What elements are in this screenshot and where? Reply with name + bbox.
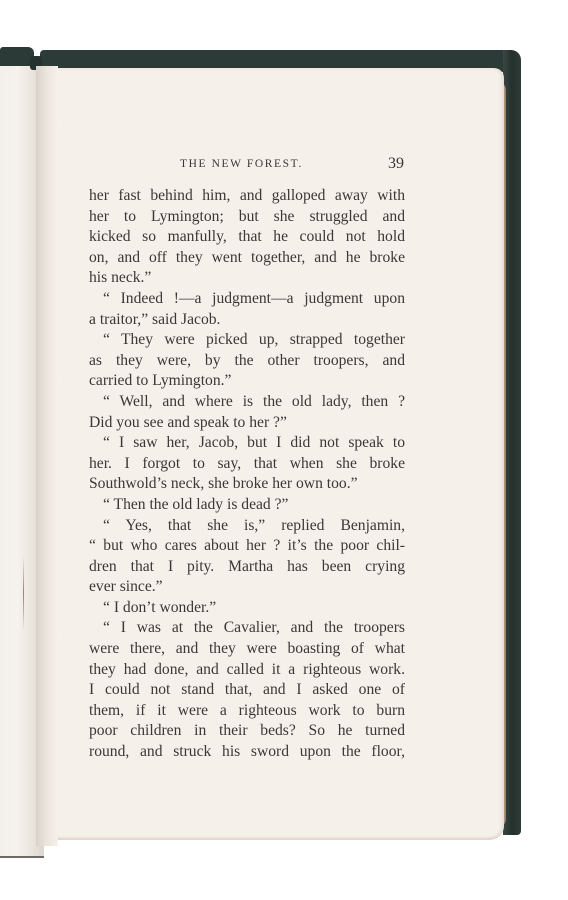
page-crease [23, 556, 24, 631]
text-line: a traitor,” said Jacob. [89, 310, 405, 331]
text-line: round, and struck his sword upon the flo… [89, 742, 405, 763]
text-line: “ They were picked up, strapped together [89, 330, 405, 351]
text-line: her fast behind him, and galloped away w… [89, 186, 405, 207]
text-line: kicked so manfully, that he could not ho… [89, 227, 405, 248]
text-line: “ Then the old lady is dead ?” [89, 495, 405, 516]
text-line: I could not stand that, and I asked one … [89, 680, 405, 701]
text-line: “ I don’t wonder.” [89, 598, 405, 619]
text-line: “ Yes, that she is,” replied Benjamin, [89, 516, 405, 537]
running-head: THE NEW FOREST. [180, 158, 303, 170]
text-line: “ Indeed !—a judgment—a judgment upon [89, 289, 405, 310]
text-line: “ but who cares about her ? it’s the poo… [89, 536, 405, 557]
text-line: ever since.” [89, 577, 405, 598]
text-line: Did you see and speak to her ?” [89, 413, 405, 434]
text-line: as they were, by the other troopers, and [89, 351, 405, 372]
text-line: “ I saw her, Jacob, but I did not speak … [89, 433, 405, 454]
text-line: “ Well, and where is the old lady, then … [89, 392, 405, 413]
page-header: THE NEW FOREST. 39 [90, 158, 408, 176]
text-line: carried to Lymington.” [89, 371, 405, 392]
text-line: her to Lymington; but she struggled and [89, 207, 405, 228]
text-line: on, and off they went together, and he b… [89, 248, 405, 269]
text-line: they had done, and called it a righteous… [89, 660, 405, 681]
page-number: 39 [388, 155, 404, 173]
text-line: her. I forgot to say, that when she brok… [89, 454, 405, 475]
text-line: Southwold’s neck, she broke her own too.… [89, 474, 405, 495]
page-body-text: her fast behind him, and galloped away w… [89, 186, 405, 763]
text-line: “ I was at the Cavalier, and the trooper… [89, 618, 405, 639]
page-gutter [36, 66, 58, 846]
text-line: poor children in their beds? So he turne… [89, 721, 405, 742]
text-line: them, if it were a righteous work to bur… [89, 701, 405, 722]
text-line: were there, and they were boasting of wh… [89, 639, 405, 660]
text-line: dren that I pity. Martha has been crying [89, 557, 405, 578]
text-line: his neck.” [89, 268, 405, 289]
